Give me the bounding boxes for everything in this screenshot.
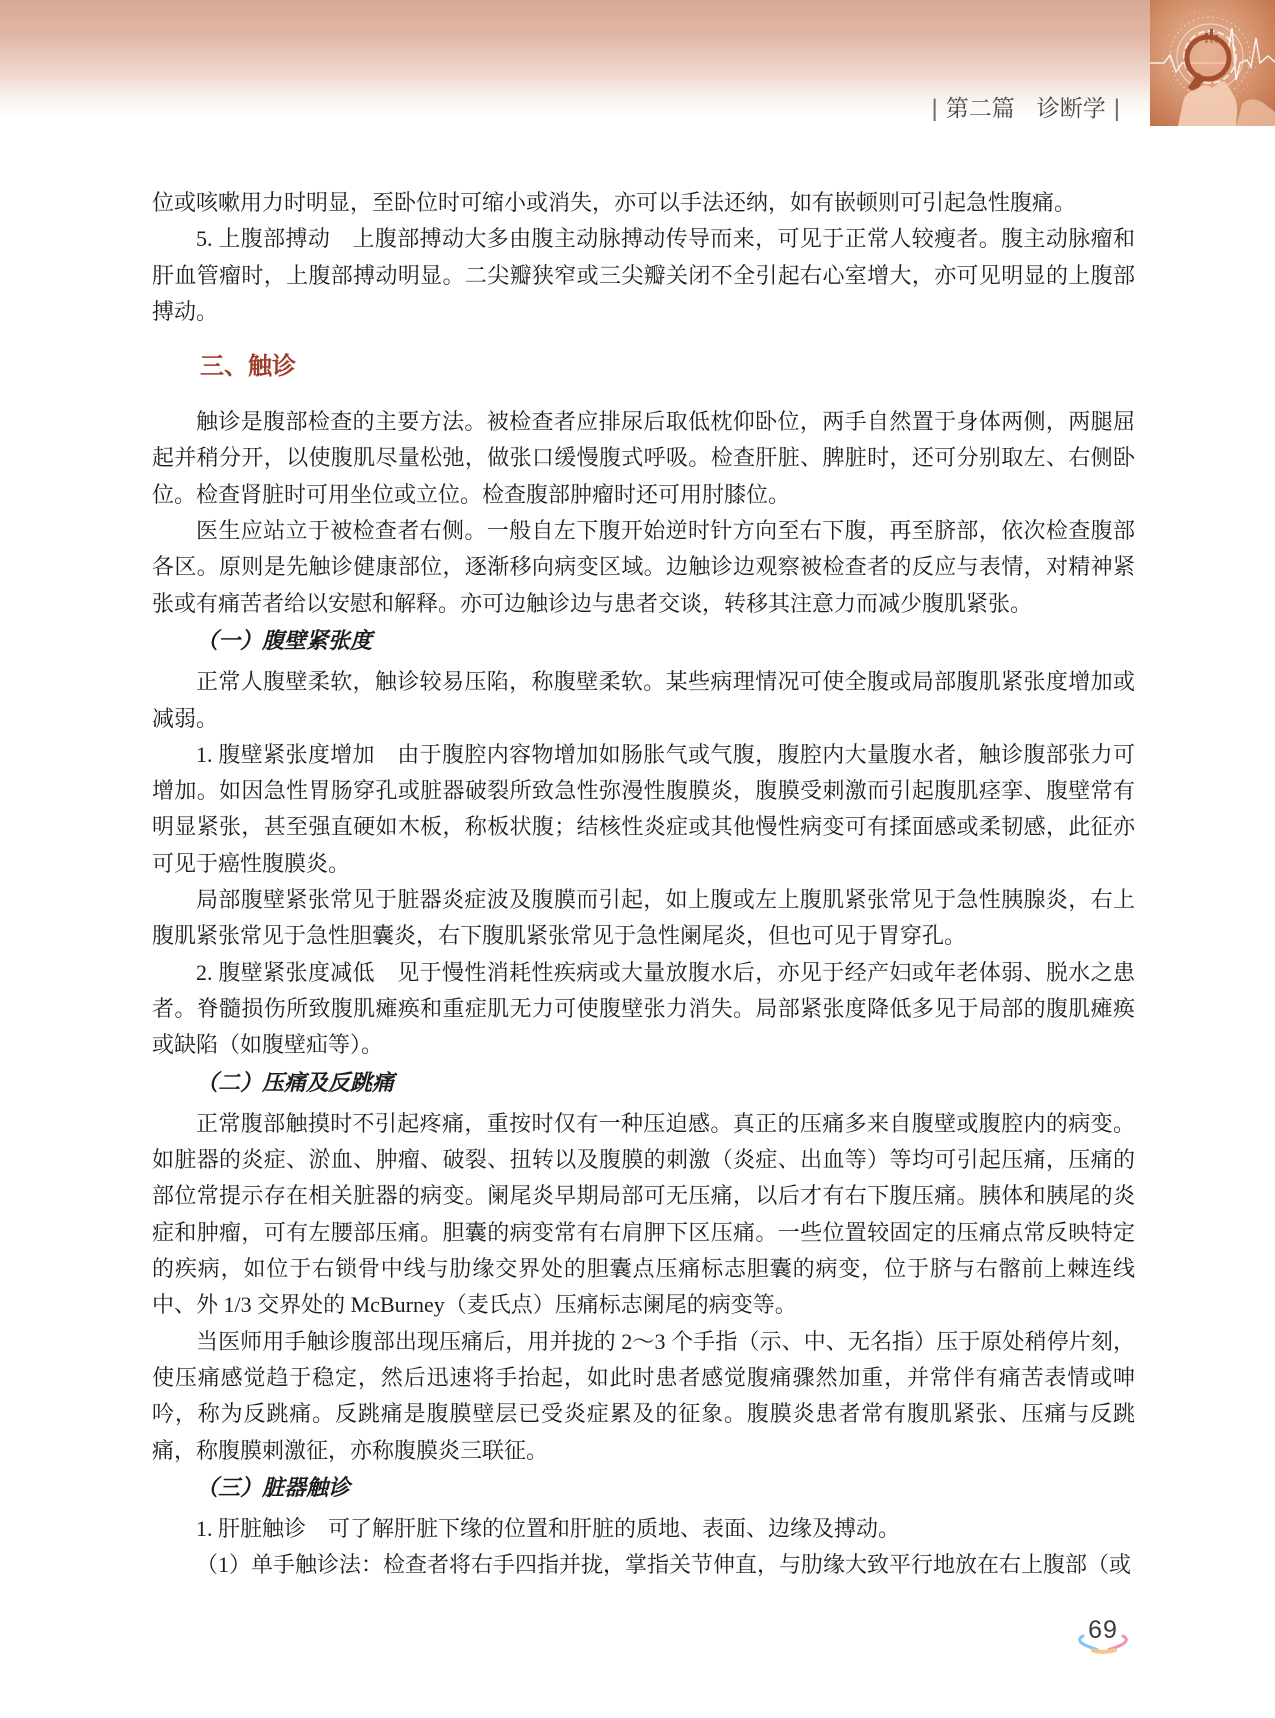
- paragraph-doctor-position: 医生应站立于被检查者右侧。一般自左下腹开始逆时针方向至右下腹，再至脐部，依次检查…: [152, 513, 1135, 622]
- paragraph-tension-increase: 1. 腹壁紧张度增加 由于腹腔内容物增加如肠胀气或气腹，腹腔内大量腹水者，触诊腹…: [152, 737, 1135, 882]
- paragraph-normal-wall: 正常人腹壁柔软，触诊较易压陷，称腹壁柔软。某些病理情况可使全腹或局部腹肌紧张度增…: [152, 664, 1135, 737]
- paragraph-rebound-pain: 当医师用手触诊腹部出现压痛后，用并拢的 2～3 个手指（示、中、无名指）压于原处…: [152, 1324, 1135, 1469]
- subheading-tenderness-rebound: （二）压痛及反跳痛: [196, 1065, 1135, 1101]
- page-number: 69: [1070, 1616, 1136, 1645]
- subheading-organ-palpation: （三）脏器触诊: [196, 1470, 1135, 1506]
- paragraph-epigastric-pulsation: 5. 上腹部搏动 上腹部搏动大多由腹主动脉搏动传导而来，可见于正常人较瘦者。腹主…: [152, 221, 1135, 330]
- running-head-right-bar: |: [1106, 95, 1128, 122]
- section-heading-palpation: 三、触诊: [200, 348, 1135, 386]
- running-head-left-bar: |: [924, 95, 946, 122]
- paragraph-palpation-method: 触诊是腹部检查的主要方法。被检查者应排尿后取低枕仰卧位，两手自然置于身体两侧，两…: [152, 404, 1135, 513]
- paragraph-tension-decrease: 2. 腹壁紧张度减低 见于慢性消耗性疾病或大量放腹水后，亦见于经产妇或年老体弱、…: [152, 955, 1135, 1064]
- paragraph-continuation: 位或咳嗽用力时明显，至卧位时可缩小或消失，亦可以手法还纳，如有嵌顿则可引起急性腹…: [152, 185, 1135, 221]
- running-head-part: 第二篇: [946, 95, 1015, 121]
- paragraph-local-tension: 局部腹壁紧张常见于脏器炎症波及腹膜而引起，如上腹或左上腹肌紧张常见于急性胰腺炎，…: [152, 882, 1135, 955]
- paragraph-liver-palpation: 1. 肝脏触诊 可了解肝脏下缘的位置和肝脏的质地、表面、边缘及搏动。: [152, 1511, 1135, 1547]
- paragraph-tenderness: 正常腹部触摸时不引起疼痛，重按时仅有一种压迫感。真正的压痛多来自腹壁或腹腔内的病…: [152, 1106, 1135, 1324]
- magnifier-photo-graphic: [1150, 0, 1275, 126]
- running-head: |第二篇诊断学|: [924, 90, 1128, 120]
- paragraph-single-hand-method: （1）单手触诊法：检查者将右手四指并拢，掌指关节伸直，与肋缘大致平行地放在右上腹…: [152, 1547, 1135, 1583]
- body-text-column: 位或咳嗽用力时明显，至卧位时可缩小或消失，亦可以手法还纳，如有嵌顿则可引起急性腹…: [152, 185, 1135, 1584]
- page-number-block: 69: [1070, 1616, 1136, 1656]
- magnifier-in-hand-photo: [1150, 0, 1275, 126]
- subheading-abdominal-wall-tension: （一）腹壁紧张度: [196, 623, 1135, 659]
- running-head-subject: 诊断学: [1037, 95, 1106, 121]
- book-page: { "page_header": { "bar": "|", "part": "…: [0, 0, 1275, 1718]
